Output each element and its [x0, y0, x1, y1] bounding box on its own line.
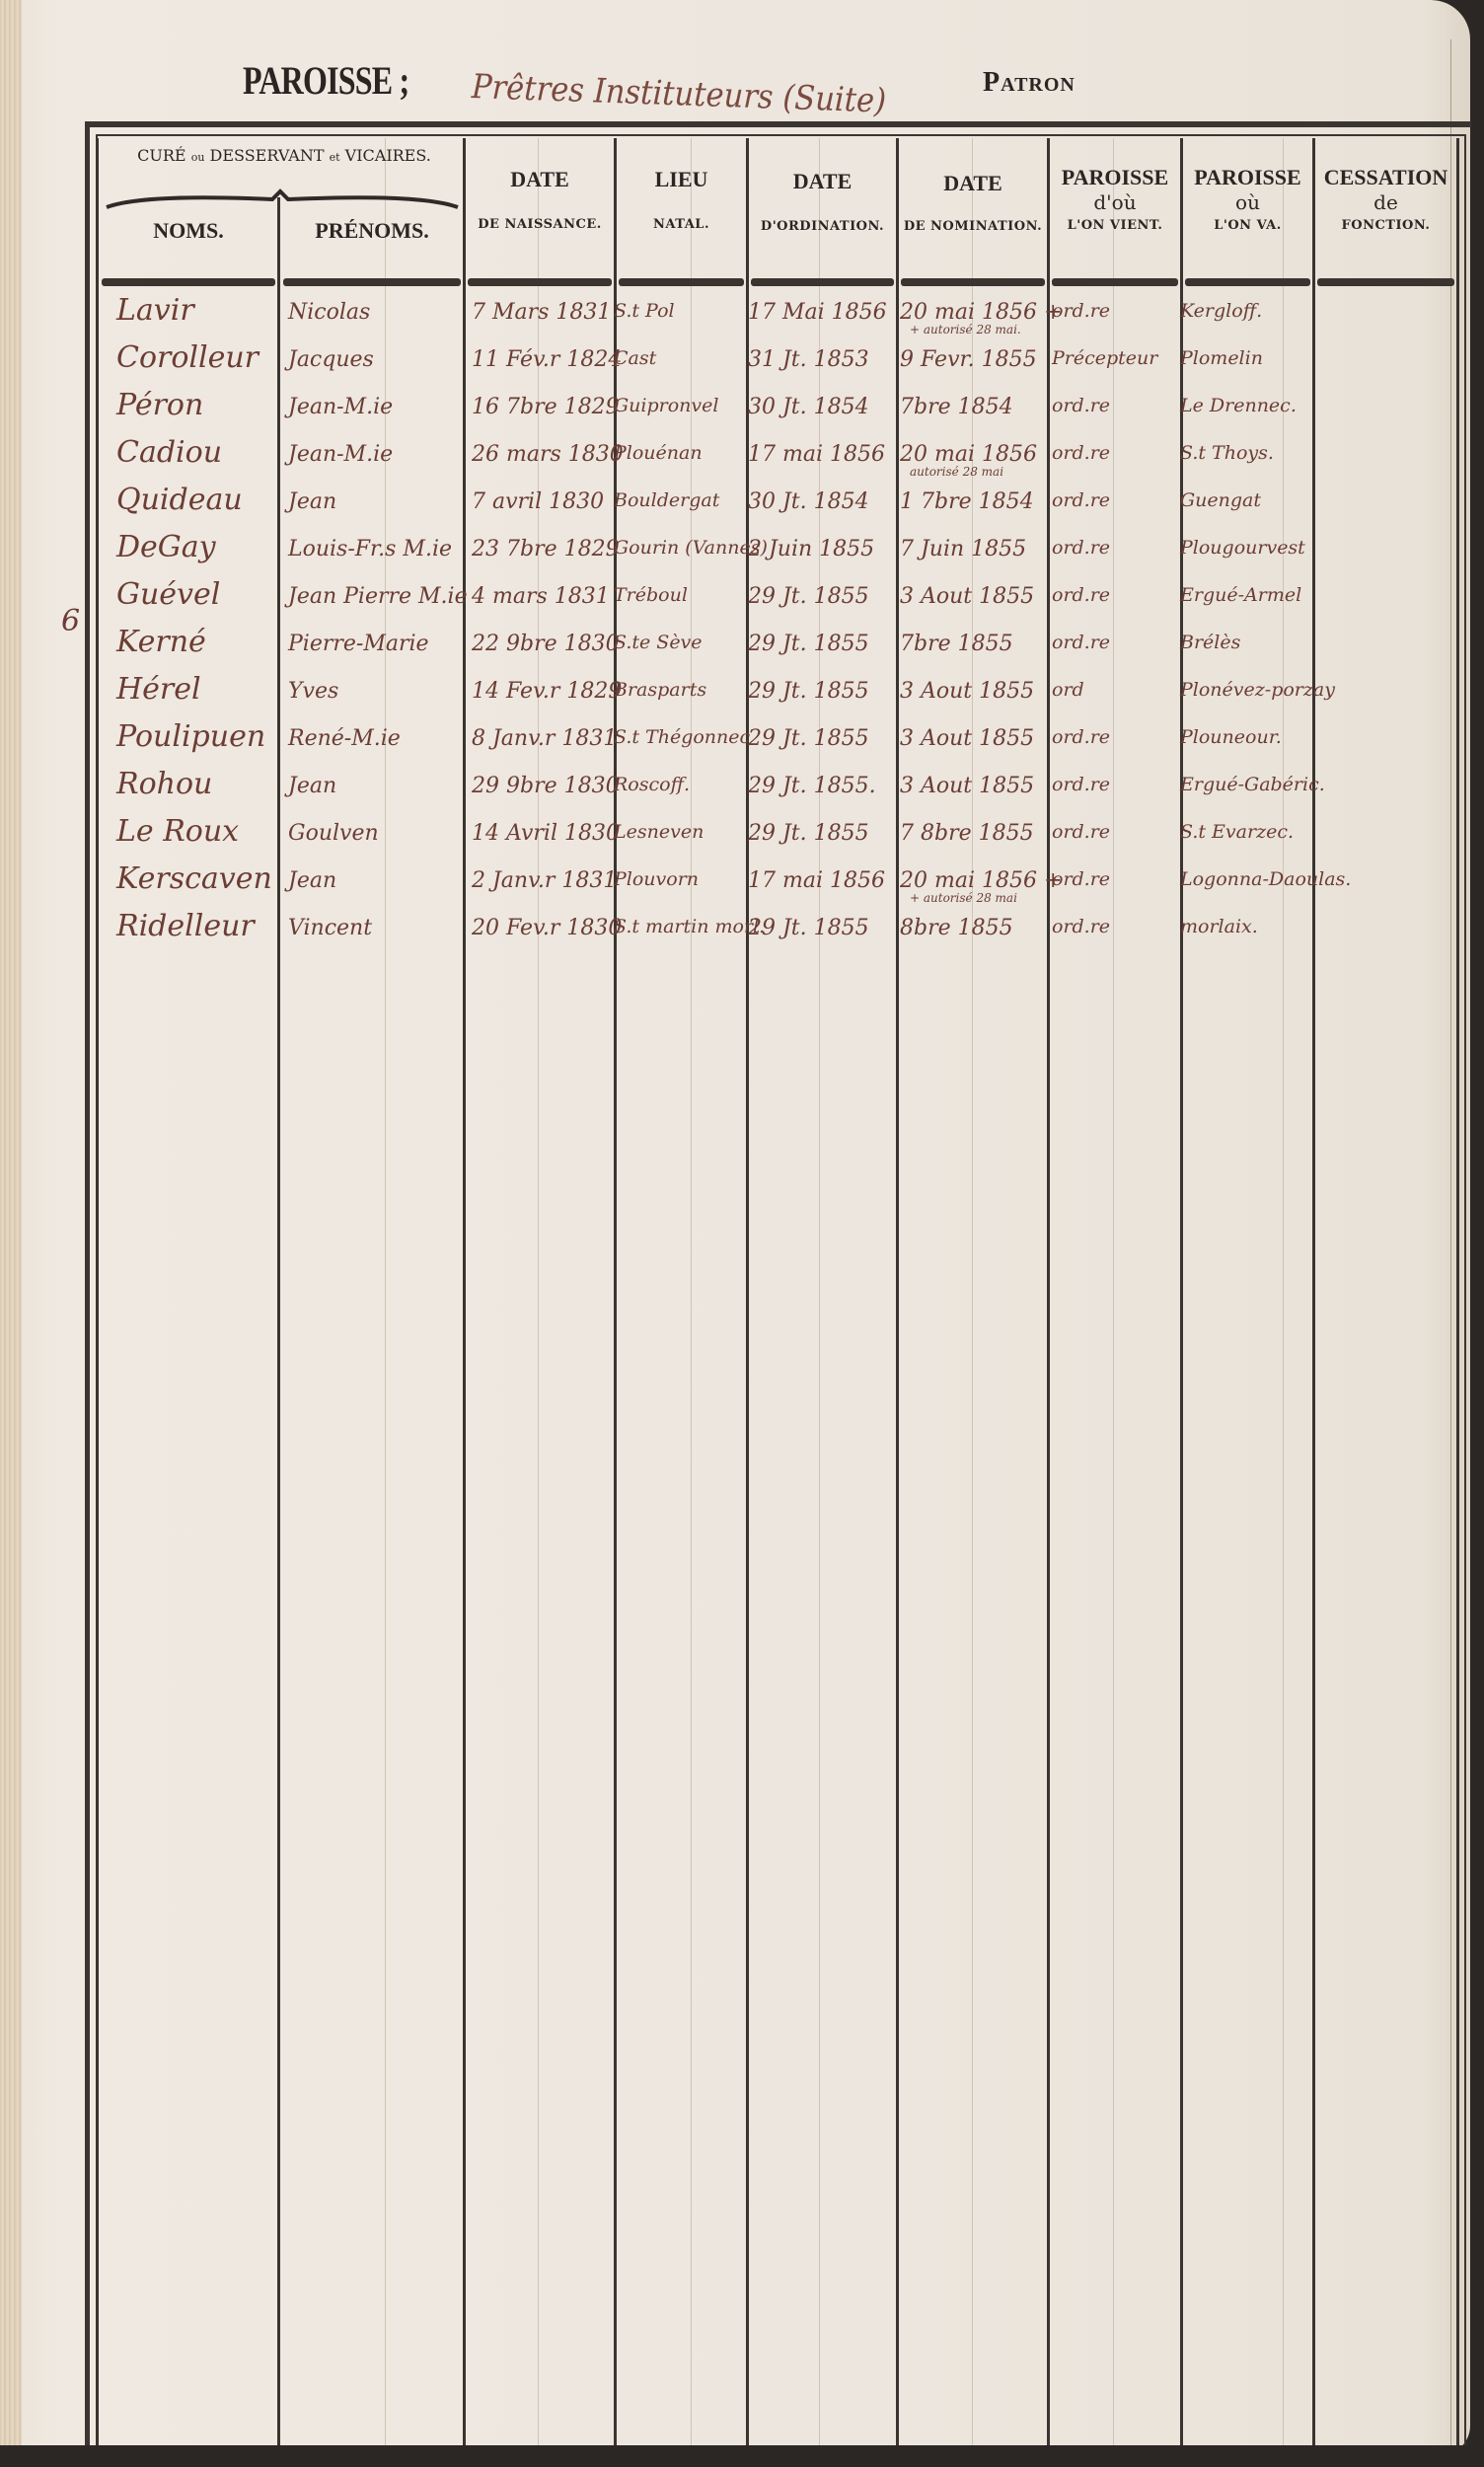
cell-va: S.t Evarzec. [1180, 823, 1294, 842]
sub-rule [972, 138, 973, 2447]
cell-nomination: 3 Aout 1855 [900, 586, 1034, 608]
cell-ordination: 29 Jt. 1855 [748, 728, 869, 750]
cell-naissance: 8 Janv.r 1831 [472, 728, 617, 750]
cell-nomination-note: + autorisé 28 mai [910, 892, 1017, 904]
cell-va: Guengat [1180, 491, 1261, 510]
cell-va: Kergloff. [1180, 302, 1262, 321]
cell-nom: Rohou [116, 770, 212, 799]
cell-prenom: Louis-Fr.s M.ie [288, 539, 452, 561]
cell-va: Le Drennec. [1180, 397, 1297, 415]
cell-nom: Guével [116, 580, 220, 610]
cell-nomination: 20 mai 1856 [900, 444, 1037, 466]
cell-lieu: Brasparts [614, 681, 706, 700]
patron-label: Patron [983, 67, 1076, 99]
col-header-lieu-natal: LIEU NATAL. [619, 168, 744, 232]
column-rule [1456, 138, 1459, 2447]
sub-rule [819, 138, 820, 2447]
cell-prenom: Jean [288, 491, 336, 513]
cell-vient: ord.re [1052, 870, 1110, 889]
cell-naissance: 11 Fév.r 1824 [472, 349, 622, 371]
cell-lieu: Cast [614, 349, 656, 368]
cell-vient: ord.re [1052, 397, 1110, 415]
cell-naissance: 7 avril 1830 [472, 491, 604, 513]
cell-naissance: 16 7bre 1829 [472, 397, 620, 418]
cell-lieu: Tréboul [614, 586, 688, 605]
cell-vient: ord.re [1052, 539, 1110, 558]
cell-ordination: 17 mai 1856 [748, 444, 885, 466]
col-header-date-nomination: DATE DE NOMINATION. [901, 172, 1045, 234]
cell-va: Ergué-Armel [1180, 586, 1301, 605]
cell-vient: ord.re [1052, 586, 1110, 605]
cell-lieu: S.t martin morl. [614, 918, 765, 936]
cell-nomination: 3 Aout 1855 [900, 728, 1034, 750]
cell-nomination-note: autorisé 28 mai [910, 466, 1003, 478]
cell-lieu: Guipronvel [614, 397, 718, 415]
cell-va: Plonévez-porzay [1180, 681, 1335, 700]
col-header-date-ordination: DATE D'ORDINATION. [751, 170, 894, 234]
cell-lieu: Roscoff. [614, 776, 690, 794]
cell-nomination: 7 Juin 1855 [900, 539, 1026, 561]
page-header: PAROISSE ; Prêtres Instituteurs (Suite) … [0, 55, 1470, 124]
column-rule [746, 138, 749, 2447]
col-header-prenoms: PRÉNOMS. [283, 219, 461, 242]
cell-nom: Ridelleur [116, 912, 255, 941]
cell-ordination: 29 Jt. 1855 [748, 681, 869, 703]
cell-naissance: 14 Fev.r 1829 [472, 681, 622, 703]
cell-lieu: S.t Pol [614, 302, 675, 321]
cell-prenom: Goulven [288, 823, 379, 845]
column-rule [277, 197, 280, 2447]
cell-vient: ord.re [1052, 491, 1110, 510]
cell-ordination: 31 Jt. 1853 [748, 349, 869, 371]
cell-vient: Précepteur [1052, 349, 1157, 368]
cell-prenom: Nicolas [288, 302, 370, 324]
cell-nom: DeGay [116, 533, 216, 562]
header-underline [283, 278, 461, 286]
cell-ordination: 29 Jt. 1855. [748, 776, 876, 797]
margin-annotation: 6 [61, 604, 80, 638]
cell-nom: Kerscaven [116, 864, 272, 894]
cell-vient: ord.re [1052, 634, 1110, 652]
cell-va: S.t Thoys. [1180, 444, 1274, 463]
cell-nom: Hérel [116, 675, 201, 705]
cell-lieu: Bouldergat [614, 491, 719, 510]
cell-nomination: 20 mai 1856 + [900, 870, 1062, 892]
cell-va: Brélès [1180, 634, 1240, 652]
column-rule [1180, 138, 1183, 2447]
cell-naissance: 23 7bre 1829 [472, 539, 620, 561]
cell-va: Logonna-Daoulas. [1180, 870, 1351, 889]
cell-va: Plougourvest [1180, 539, 1305, 558]
cell-vient: ord [1052, 681, 1084, 700]
column-rule [896, 138, 899, 2447]
cell-nom: Lavir [116, 296, 194, 326]
cell-ordination: 17 mai 1856 [748, 870, 885, 892]
col-header-noms: NOMS. [102, 219, 275, 242]
cell-naissance: 26 mars 1830 [472, 444, 624, 466]
cell-lieu: S.t Thégonnec [614, 728, 750, 747]
cell-va: morlaix. [1180, 918, 1258, 936]
page-bottom-shadow [0, 2445, 1484, 2467]
register-page: PAROISSE ; Prêtres Instituteurs (Suite) … [0, 0, 1470, 2455]
cell-vient: ord.re [1052, 776, 1110, 794]
cell-lieu: Lesneven [614, 823, 704, 842]
cell-va: Plouneour. [1180, 728, 1282, 747]
cell-naissance: 20 Fev.r 1830 [472, 918, 622, 939]
col-header-date-naissance: DATE DE NAISSANCE. [468, 168, 612, 232]
header-underline [901, 278, 1045, 286]
cell-nomination: 3 Aout 1855 [900, 776, 1034, 797]
cell-prenom: Jean-M.ie [288, 444, 393, 466]
cell-nomination: 7 8bre 1855 [900, 823, 1034, 845]
cell-vient: ord.re [1052, 823, 1110, 842]
cell-ordination: 29 Jt. 1855 [748, 634, 869, 655]
cell-ordination: 29 Jt. 1855 [748, 586, 869, 608]
cell-nom: Le Roux [116, 817, 239, 847]
column-rule [1047, 138, 1050, 2447]
cell-ordination: 2 Juin 1855 [748, 539, 874, 561]
cell-prenom: Jacques [288, 349, 374, 371]
cell-ordination: 29 Jt. 1855 [748, 918, 869, 939]
header-underline [102, 278, 275, 286]
column-rule [96, 138, 99, 2447]
cell-nomination: 3 Aout 1855 [900, 681, 1034, 703]
cell-prenom: Pierre-Marie [288, 634, 429, 655]
header-underline [619, 278, 744, 286]
cell-lieu: Gourin (Vannes) [614, 539, 768, 558]
cell-lieu: Plouénan [614, 444, 703, 463]
cell-vient: ord.re [1052, 302, 1110, 321]
cell-prenom: René-M.ie [288, 728, 401, 750]
cell-nomination: 7bre 1855 [900, 634, 1013, 655]
cell-ordination: 29 Jt. 1855 [748, 823, 869, 845]
cell-lieu: Plouvorn [614, 870, 699, 889]
cell-prenom: Yves [288, 681, 338, 703]
cell-va: Ergué-Gabéric. [1180, 776, 1325, 794]
column-rule [1312, 138, 1315, 2447]
cell-prenom: Jean Pierre M.ie [288, 586, 468, 608]
cell-nomination: 8bre 1855 [900, 918, 1013, 939]
header-underline [751, 278, 894, 286]
cell-nomination: 9 Fevr. 1855 [900, 349, 1037, 371]
cell-ordination: 17 Mai 1856 [748, 302, 887, 324]
cell-vient: ord.re [1052, 444, 1110, 463]
cell-naissance: 29 9bre 1830 [472, 776, 620, 797]
cell-nom: Cadiou [116, 438, 222, 468]
header-underline [1185, 278, 1310, 286]
page-stack-edge [0, 0, 22, 2455]
cell-prenom: Vincent [288, 918, 372, 939]
sub-rule [691, 138, 692, 2447]
cell-naissance: 7 Mars 1831 [472, 302, 611, 324]
cell-vient: ord.re [1052, 918, 1110, 936]
header-underline [1052, 278, 1178, 286]
cell-nom: Kerné [116, 628, 206, 657]
cell-prenom: Jean [288, 776, 336, 797]
cell-ordination: 30 Jt. 1854 [748, 397, 869, 418]
cell-naissance: 4 mars 1831 [472, 586, 610, 608]
cell-nom: Poulipuen [116, 722, 265, 752]
sub-rule [1113, 138, 1114, 2447]
cell-nomination: 7bre 1854 [900, 397, 1013, 418]
paroisse-value: Prêtres Instituteurs (Suite) [471, 67, 886, 121]
column-rule [463, 138, 466, 2447]
cell-nomination: 1 7bre 1854 [900, 491, 1034, 513]
paroisse-label: PAROISSE ; [243, 57, 408, 104]
cell-ordination: 30 Jt. 1854 [748, 491, 869, 513]
cell-prenom: Jean [288, 870, 336, 892]
cell-va: Plomelin [1180, 349, 1263, 368]
cell-naissance: 22 9bre 1830 [472, 634, 620, 655]
cell-nom: Quideau [116, 486, 243, 515]
brace-icon [105, 187, 460, 211]
col-header-paroisse-vient: PAROISSE d'où L'ON VIENT. [1052, 166, 1178, 233]
header-underline [1317, 278, 1454, 286]
col-header-paroisse-va: PAROISSE où L'ON VA. [1185, 166, 1310, 233]
cell-nom: Péron [116, 391, 203, 420]
cell-nomination: 20 mai 1856 + [900, 302, 1062, 324]
sub-rule [538, 138, 539, 2447]
cell-prenom: Jean-M.ie [288, 397, 393, 418]
sub-rule [1283, 138, 1284, 2447]
group-header-clergy: CURÉ ou DESSERVANT et VICAIRES. [107, 146, 462, 165]
cell-lieu: S.te Sève [614, 634, 703, 652]
column-rule [614, 138, 617, 2447]
cell-naissance: 2 Janv.r 1831 [472, 870, 617, 892]
cell-naissance: 14 Avril 1830 [472, 823, 620, 845]
cell-nomination-note: + autorisé 28 mai. [910, 324, 1021, 336]
header-underline [468, 278, 612, 286]
table-inner-frame [96, 134, 1466, 2445]
cell-vient: ord.re [1052, 728, 1110, 747]
sub-rule [385, 138, 386, 2447]
col-header-cessation: CESSATION de FONCTION. [1317, 166, 1454, 233]
cell-nom: Corolleur [116, 343, 259, 373]
